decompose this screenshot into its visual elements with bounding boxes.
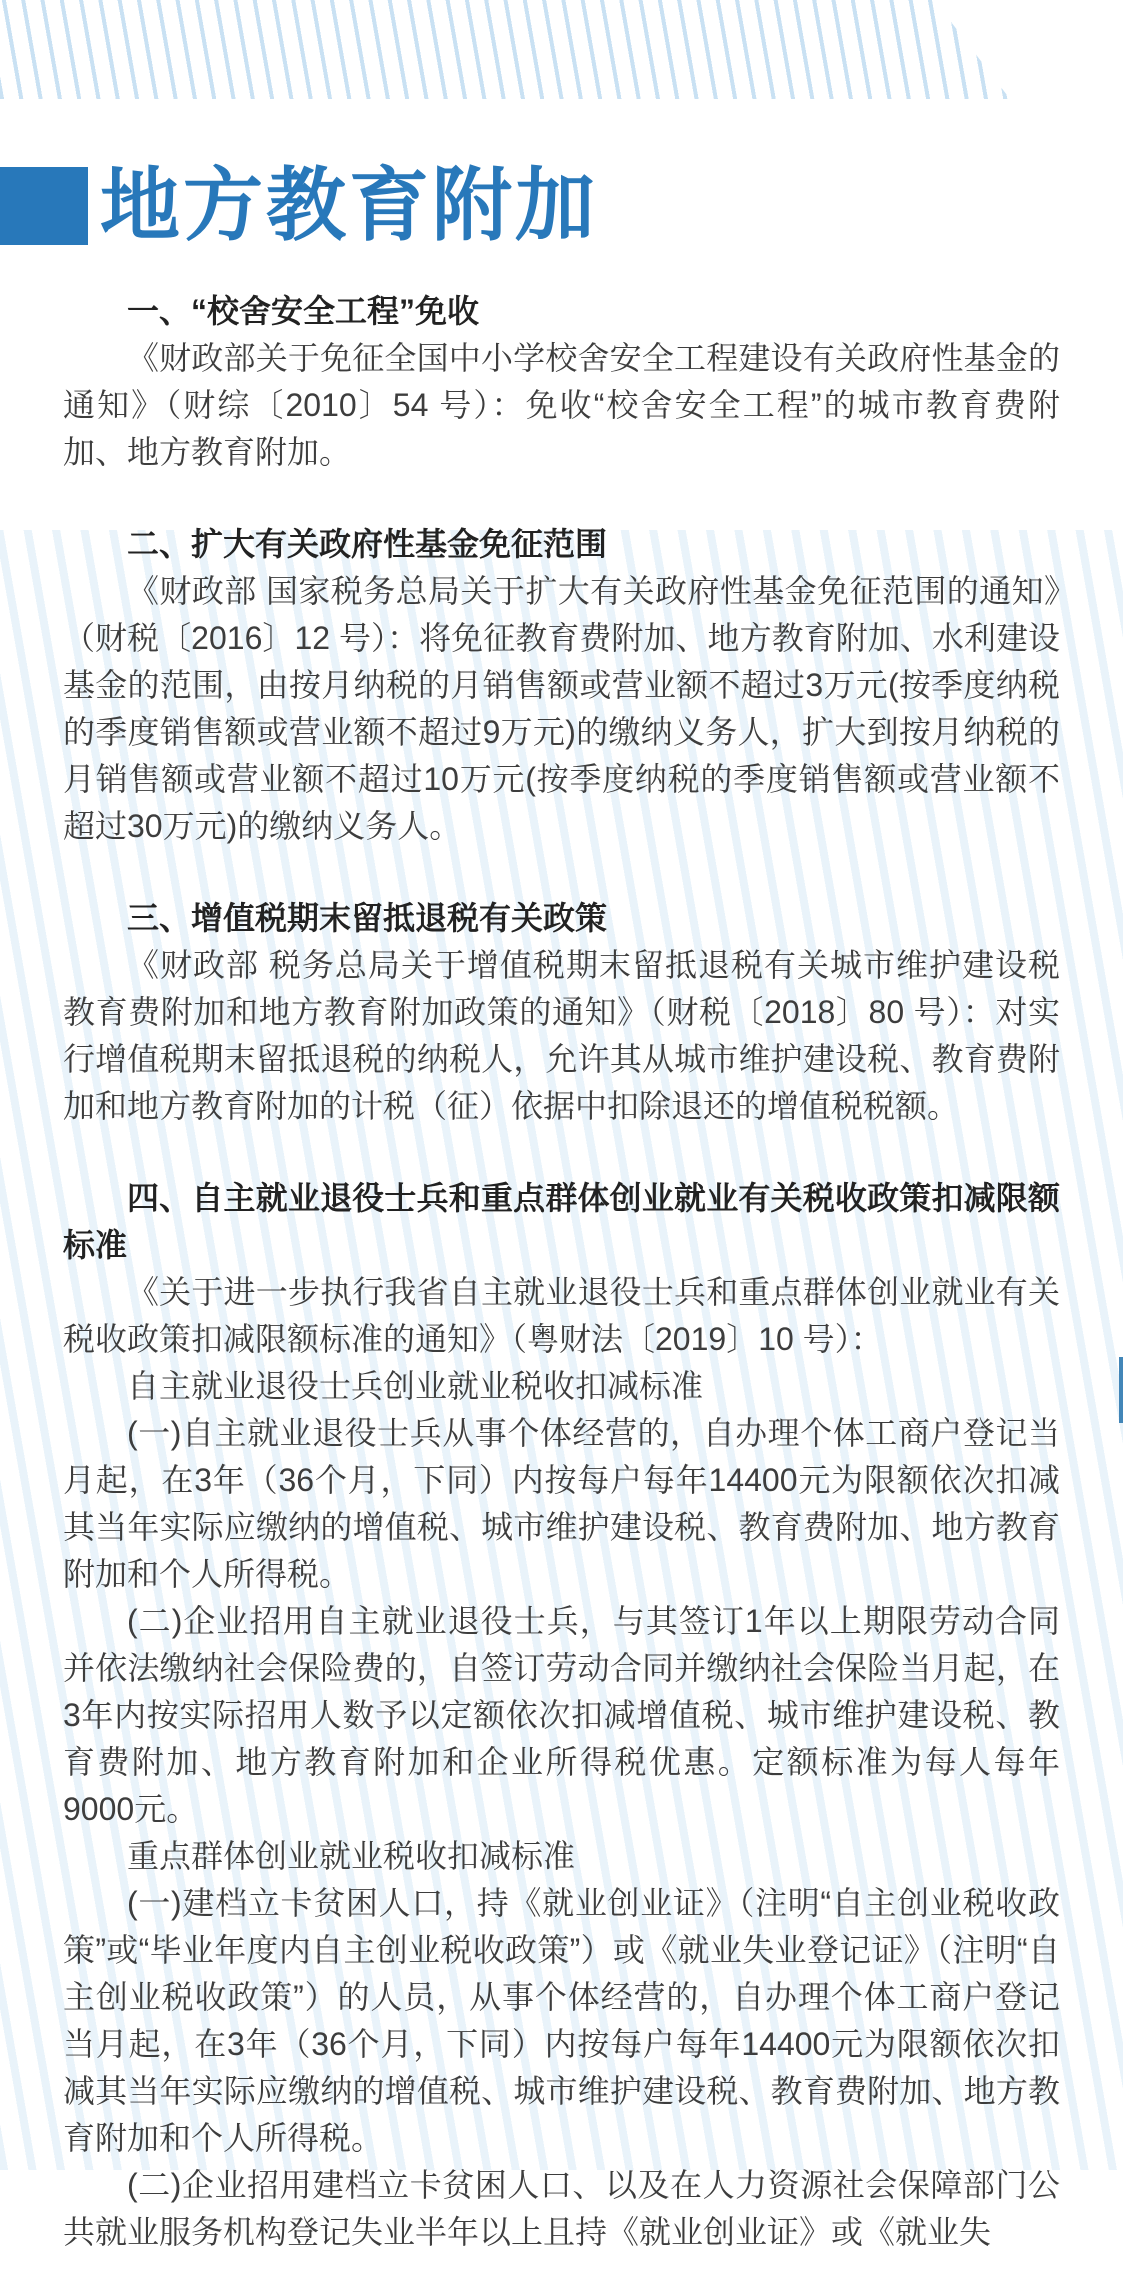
section-1: 一、“校舍安全工程”免收 《财政部关于免征全国中小学校舍安全工程建设有关政府性基…: [63, 288, 1060, 476]
section-1-paragraph: 《财政部关于免征全国中小学校舍安全工程建设有关政府性基金的通知》（财综〔2010…: [63, 335, 1060, 476]
section-4: 四、自主就业退役士兵和重点群体创业就业有关税收政策扣减限额标准 《关于进一步执行…: [63, 1175, 1060, 2256]
section-1-heading: 一、“校舍安全工程”免收: [63, 288, 1060, 335]
section-3-heading: 三、增值税期末留抵退税有关政策: [63, 895, 1060, 942]
top-stripe-decoration: [0, 0, 1010, 99]
section-3-paragraph: 《财政部 税务总局关于增值税期末留抵退税有关城市维护建设税 教育费附加和地方教育…: [63, 942, 1060, 1130]
section-2-paragraph: 《财政部 国家税务总局关于扩大有关政府性基金免征范围的通知》（财税〔2016〕1…: [63, 568, 1060, 850]
document-page: 地方教育附加 一、“校舍安全工程”免收 《财政部关于免征全国中小学校舍安全工程建…: [0, 0, 1123, 2283]
section-4-paragraph: 《关于进一步执行我省自主就业退役士兵和重点群体创业就业有关税收政策扣减限额标准的…: [63, 1269, 1060, 1363]
section-4-heading: 四、自主就业退役士兵和重点群体创业就业有关税收政策扣减限额标准: [63, 1175, 1060, 1269]
section-4-paragraph: (一)自主就业退役士兵从事个体经营的，自办理个体工商户登记当月起，在3年（36个…: [63, 1410, 1060, 1598]
section-4-paragraph: 重点群体创业就业税收扣减标准: [63, 1833, 1060, 1880]
page-header: 地方教育附加: [0, 166, 598, 246]
section-4-paragraph: (二)企业招用自主就业退役士兵，与其签订1年以上期限劳动合同并依法缴纳社会保险费…: [63, 1598, 1060, 1833]
document-body: 一、“校舍安全工程”免收 《财政部关于免征全国中小学校舍安全工程建设有关政府性基…: [63, 288, 1060, 2256]
title-accent-block: [0, 167, 88, 245]
page-title: 地方教育附加: [100, 166, 598, 246]
section-2: 二、扩大有关政府性基金免征范围 《财政部 国家税务总局关于扩大有关政府性基金免征…: [63, 521, 1060, 850]
section-4-paragraph: (二)企业招用建档立卡贫困人口、以及在人力资源社会保障部门公共就业服务机构登记失…: [63, 2162, 1060, 2256]
section-4-paragraph: (一)建档立卡贫困人口，持《就业创业证》（注明“自主创业税收政策”或“毕业年度内…: [63, 1880, 1060, 2162]
scrollbar-thumb[interactable]: [1119, 1357, 1123, 1423]
section-2-heading: 二、扩大有关政府性基金免征范围: [63, 521, 1060, 568]
section-3: 三、增值税期末留抵退税有关政策 《财政部 税务总局关于增值税期末留抵退税有关城市…: [63, 895, 1060, 1130]
section-4-paragraph: 自主就业退役士兵创业就业税收扣减标准: [63, 1363, 1060, 1410]
